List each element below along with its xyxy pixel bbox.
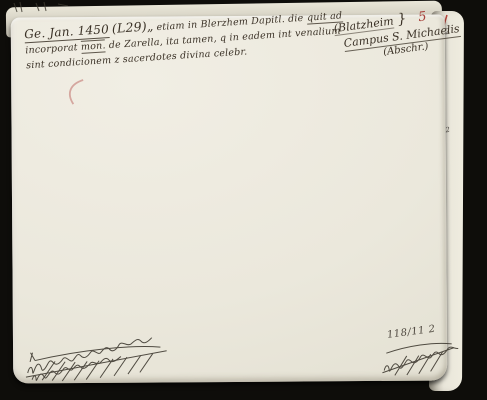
manuscript-scan: 2 3/42 6. d. Ge. Jan. 1450(L29)„etiam in… — [0, 0, 487, 400]
top-sheet-writing-fragment-icon — [6, 0, 126, 16]
red-number: 5 — [417, 9, 427, 25]
pencil-shelfmark: 118/11 2 — [386, 324, 436, 341]
red-pen-curve-icon — [63, 77, 89, 109]
crossed-out-note-bottom-left-icon — [20, 337, 172, 386]
register-ref: (L29)„ — [111, 18, 154, 36]
abbreviation-mark: mon. — [81, 39, 106, 54]
header-line-2-pre: incorporat — [25, 42, 78, 56]
manuscript-page: Ge. Jan. 1450(L29)„etiam in Blerzhem Dap… — [11, 14, 448, 383]
header-note: Ge. Jan. 1450(L29)„etiam in Blerzhem Dap… — [24, 6, 345, 71]
brace-mark: } — [396, 11, 407, 28]
